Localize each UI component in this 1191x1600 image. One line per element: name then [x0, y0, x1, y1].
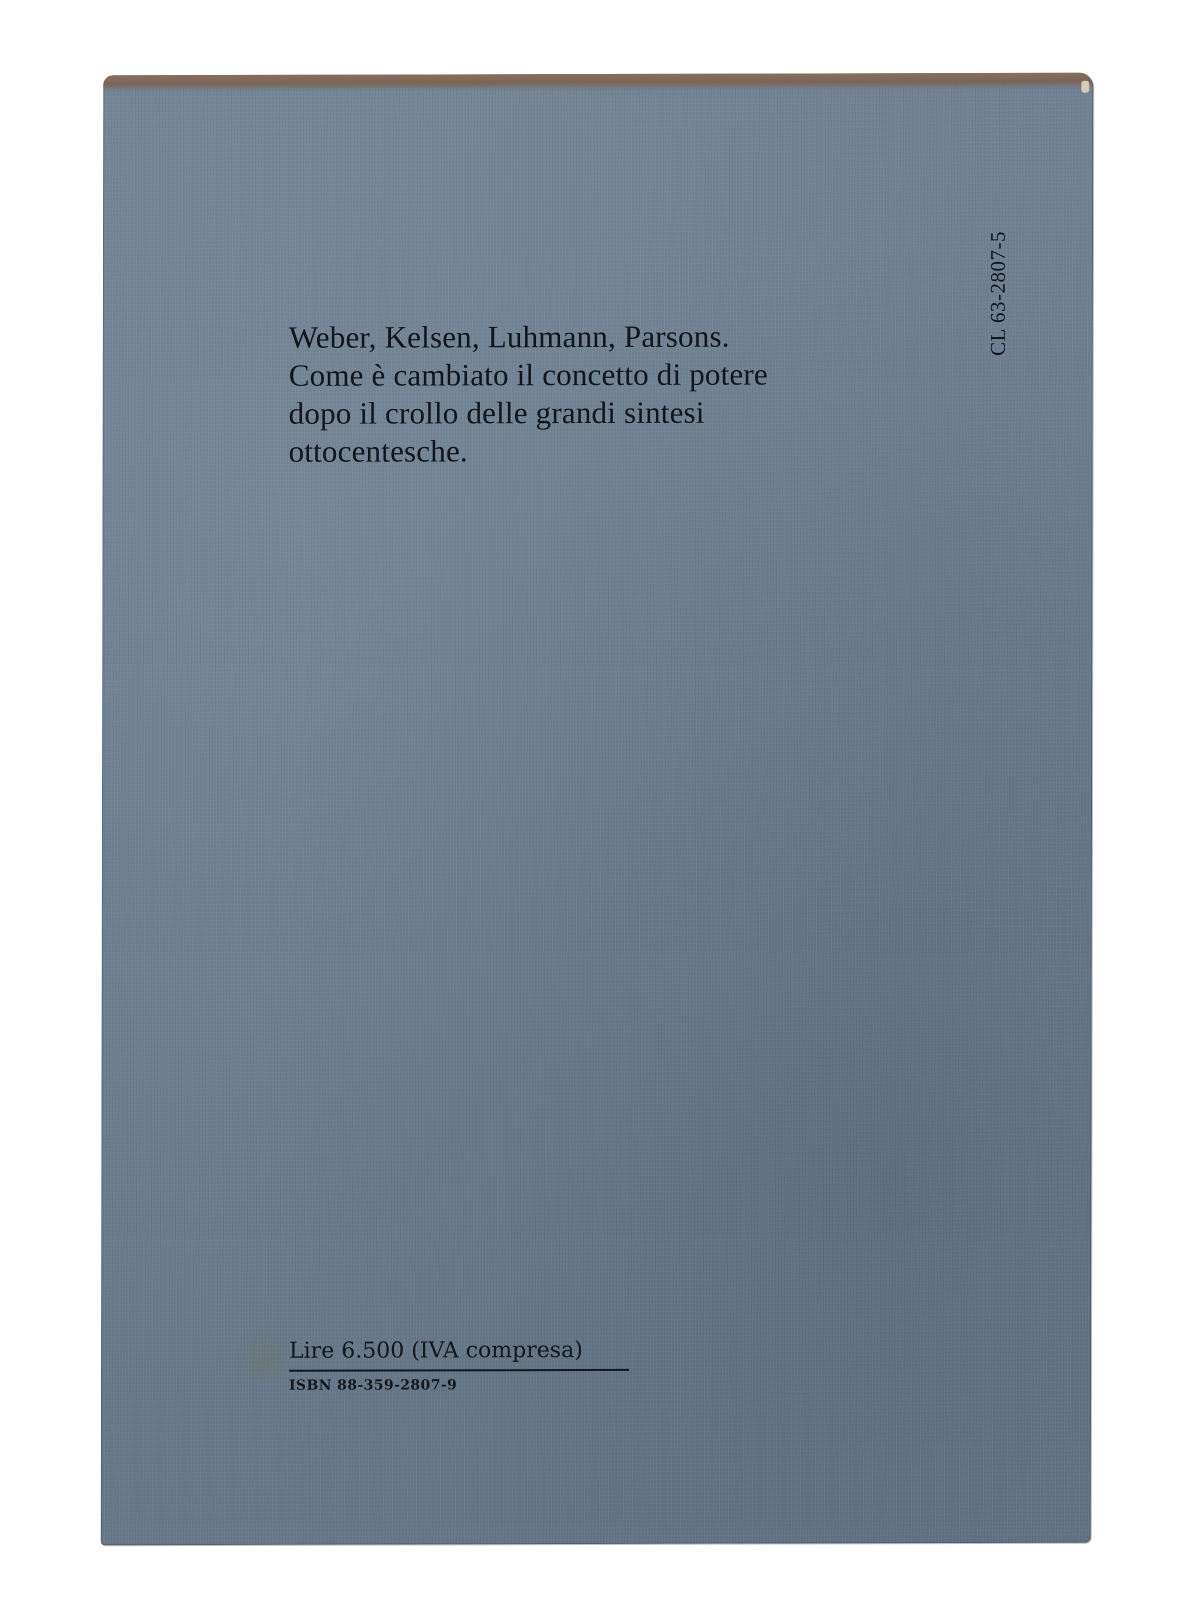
price-label: Lire 6.500 (IVA compresa) — [289, 1336, 629, 1372]
blurb-line: Come è cambiato il concetto di potere — [289, 356, 768, 395]
cover-blurb: Weber, Kelsen, Luhmann, Parsons. Come è … — [289, 318, 768, 471]
book-back-cover: Weber, Kelsen, Luhmann, Parsons. Come è … — [101, 73, 1094, 1546]
worn-top-edge — [103, 73, 1093, 92]
blurb-line: Weber, Kelsen, Luhmann, Parsons. — [289, 318, 768, 357]
blurb-line: ottocentesche. — [289, 432, 768, 471]
blurb-line: dopo il crollo delle grandi sintesi — [289, 394, 768, 433]
isbn-label: ISBN 88-359-2807-9 — [289, 1377, 629, 1394]
price-block: Lire 6.500 (IVA compresa) ISBN 88-359-28… — [289, 1336, 629, 1394]
catalog-code: CL 63-2807-5 — [983, 213, 1013, 373]
catalog-code-text: CL 63-2807-5 — [985, 231, 1010, 356]
chipped-corner — [1081, 81, 1089, 93]
